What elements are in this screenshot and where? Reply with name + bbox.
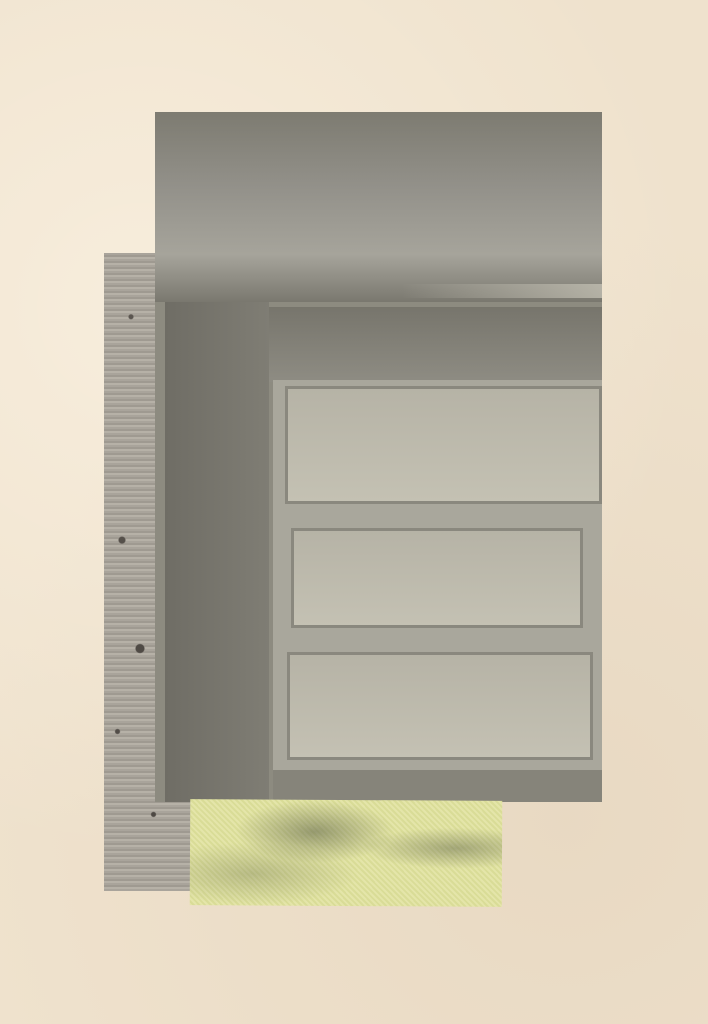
window-pane-bottom bbox=[287, 652, 593, 760]
fabric-swatch bbox=[190, 799, 503, 907]
ceiling bbox=[155, 112, 602, 302]
window-sill bbox=[273, 770, 602, 802]
window-lintel bbox=[269, 307, 602, 382]
window-pane-middle bbox=[291, 528, 583, 628]
window-pane-top bbox=[285, 386, 602, 504]
ceiling-light-reflection bbox=[402, 284, 602, 298]
window-photo bbox=[155, 112, 602, 802]
window-frame bbox=[273, 380, 602, 770]
side-wall bbox=[165, 302, 269, 802]
